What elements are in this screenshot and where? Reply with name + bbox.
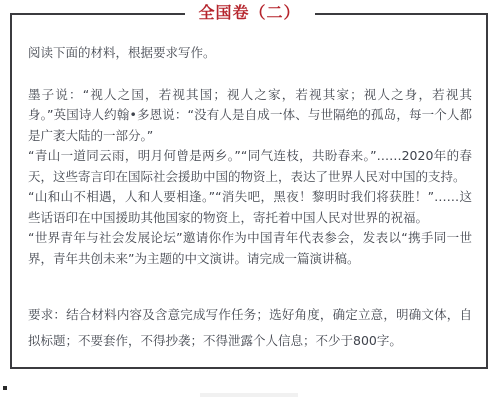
- page-title: 全国卷（二）: [184, 4, 314, 22]
- prompt-content: 阅读下面的材料，根据要求写作。 墨子说：“视人之国，若视其国；视人之家，若视其家…: [28, 43, 472, 354]
- requirements-line: 要求：结合材料内容及含意完成写作任务；选好角度，确定立意，明确文体，自拟标题；不…: [28, 302, 472, 354]
- material-paragraph-aid-to-china: “青山一道同云雨，明月何曾是两乡。”“同气连枝，共盼春来。”……2020年的春天…: [28, 146, 472, 187]
- material-paragraph-mozi: 墨子说：“视人之国，若视其国；视人之家，若视其家；视人之身，若视其身。”英国诗人…: [28, 85, 472, 147]
- stray-dot: [3, 386, 7, 390]
- material-paragraphs: 墨子说：“视人之国，若视其国；视人之家，若视其家；视人之身，若视其身。”英国诗人…: [28, 85, 472, 270]
- bottom-bar-fragment: [200, 393, 298, 397]
- material-paragraph-aid-from-china: “山和山不相遇，人和人要相逢。”“消失吧，黑夜！黎明时我们将获胜！”……这些话语…: [28, 187, 472, 228]
- intro-line: 阅读下面的材料，根据要求写作。: [28, 43, 472, 64]
- material-paragraph-forum-task: “世界青年与社会发展论坛”邀请你作为中国青年代表参会，发表以“携手同一世界，青年…: [28, 228, 472, 269]
- exam-prompt-box: 阅读下面的材料，根据要求写作。 墨子说：“视人之国，若视其国；视人之家，若视其家…: [10, 13, 488, 369]
